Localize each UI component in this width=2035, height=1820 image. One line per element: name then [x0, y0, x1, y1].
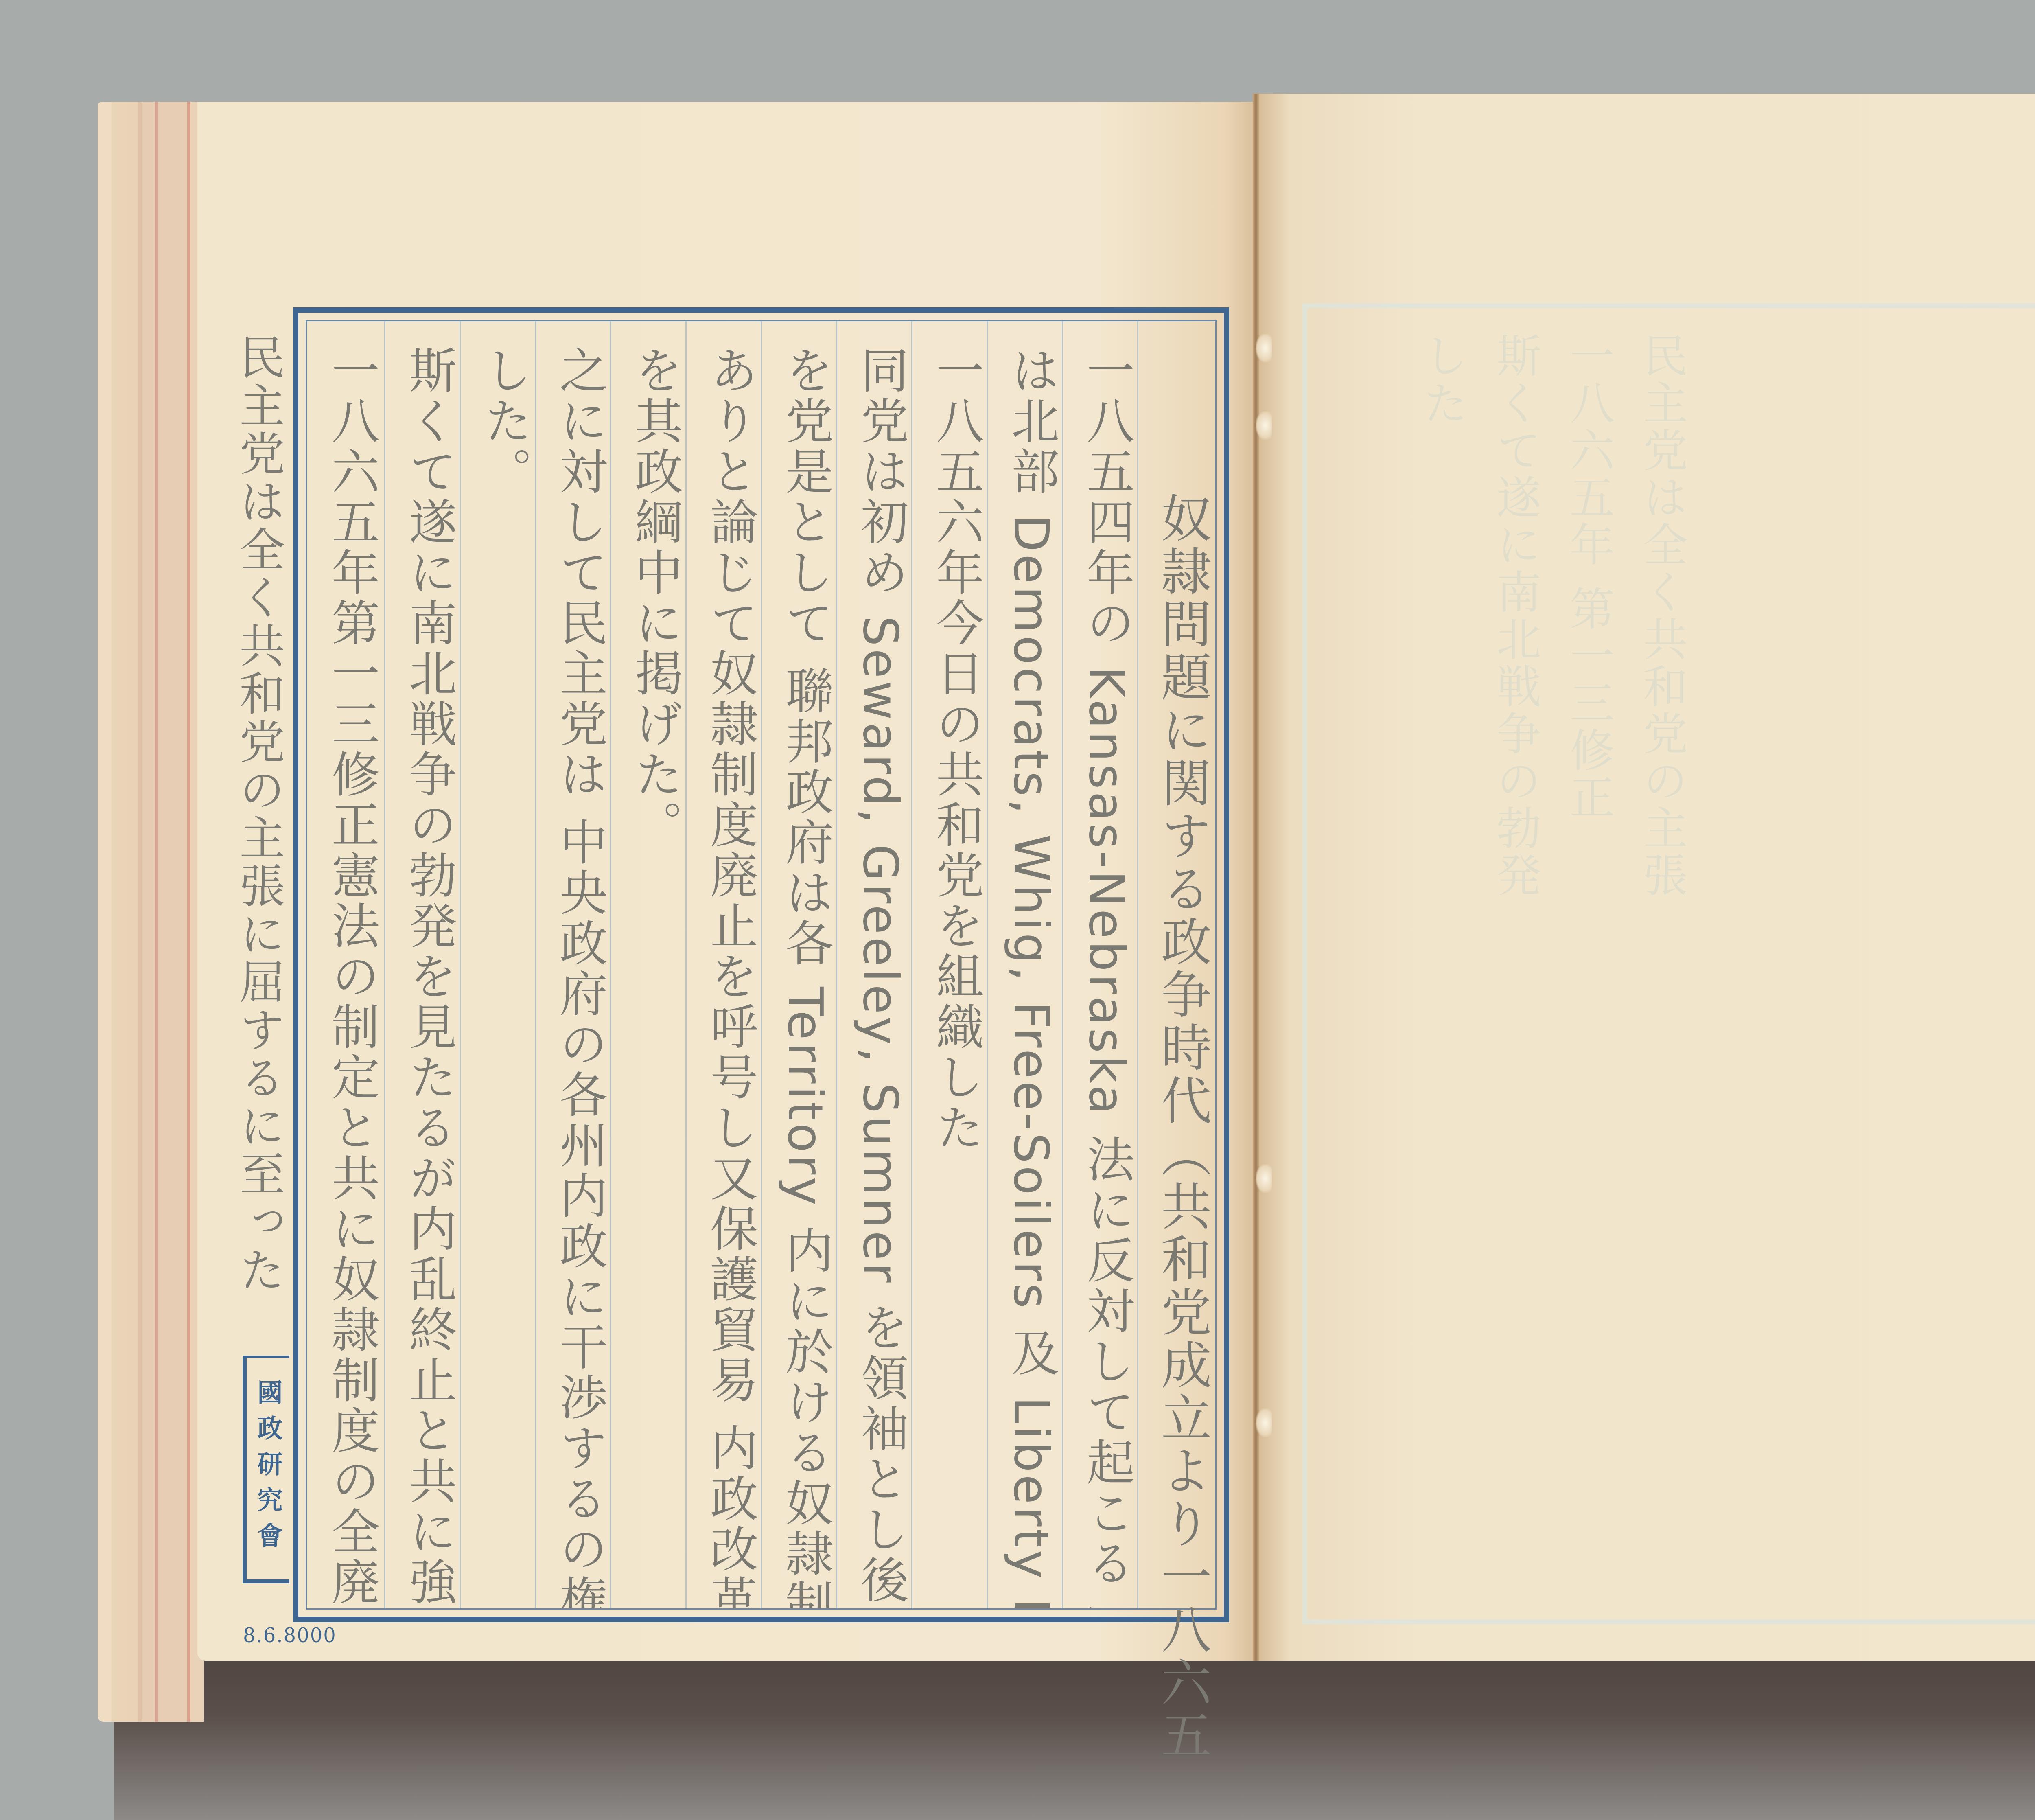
table-shadow [114, 1645, 2035, 1820]
print-code: 8.6.8000 [243, 1624, 337, 1647]
ghost-column: 一八六五年 第一三修正 [1554, 333, 1623, 1594]
text-column: 同党は初め Seward, Greeley, Sumner を領袖とし後 Lin… [844, 346, 917, 1608]
text-column: 一八五四年の Kansas-Nebraska 法に反対して起こる Anti-Ne… [1070, 346, 1143, 1608]
section-heading: 奴隷問題に関する政争時代（共和党成立より一八六五年内乱終止迄） [1145, 492, 1219, 1754]
text-column: は北部 Democrats, Whig, Free-Soilers 及 Libe… [995, 346, 1068, 1608]
right-page-ghost-frame: を其政綱中に掲げた 之に対して民主党は した 斯くて遂に南北戦争の勃発 一八六五… [1302, 303, 2035, 1624]
binding-hole [1256, 411, 1272, 440]
text-column: ありと論じて奴隷制度廃止を呼号し又保護貿易 内政改革 通貨政策 等 [694, 346, 767, 1608]
ghost-column: 斯くて遂に南北戦争の勃発 [1481, 333, 1550, 1594]
text-column: を其政綱中に掲げた。 [618, 346, 691, 1608]
ghost-column: 民主党は全く共和党の主張 [1627, 333, 1696, 1594]
ghost-column: した [1407, 333, 1477, 1594]
binding-hole [1256, 334, 1272, 362]
publisher-stamp: 國政研究會 [243, 1356, 289, 1583]
text-column: を党是として 聯邦政府は各 Territory 内に於ける奴隷制度を統制する権限 [769, 346, 842, 1608]
manuscript-grid: 奴隷問題に関する政争時代（共和党成立より一八六五年内乱終止迄） 一八五四年の K… [306, 320, 1217, 1610]
manuscript-frame: 奴隷問題に関する政争時代（共和党成立より一八六五年内乱終止迄） 一八五四年の K… [293, 307, 1229, 1622]
left-page-edge-stack [98, 102, 203, 1722]
text-column: した。 [468, 346, 541, 1608]
binding-hole [1256, 1164, 1272, 1193]
text-column: 一八六五年第一三修正憲法の制定と共に奴隷制度の全廃を来し本問題に関して [315, 346, 388, 1608]
text-column: 之に対して民主党は 中央政府の各州内政に干渉するの権限なき旨を主張して反対 [543, 346, 616, 1608]
margin-note: 民主党は全く共和党の主張に屈するに至った [226, 334, 291, 1026]
text-column: 斯くて遂に南北戦争の勃発を見たるが内乱終止と共に強固なる中央政府確立し [392, 346, 466, 1608]
text-column: 一八五六年今日の共和党を組織した [919, 346, 993, 1608]
binding-hole [1256, 1408, 1272, 1437]
